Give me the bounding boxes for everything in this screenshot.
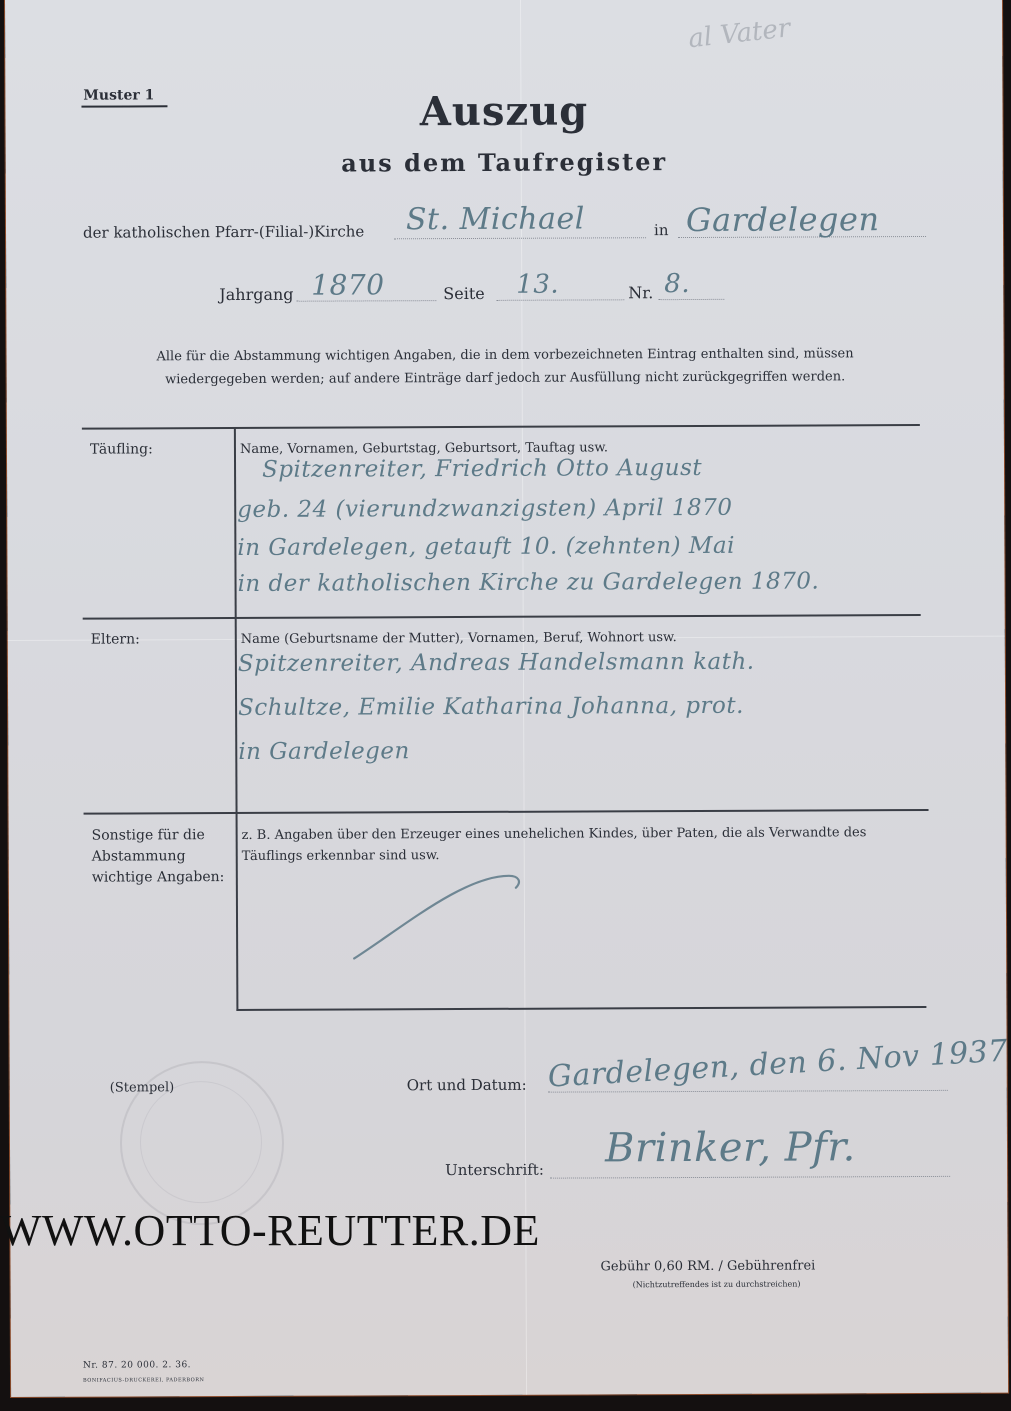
row-label: Eltern: [91, 629, 140, 650]
row-label: Sonstige für die Abstammung wichtige Ang… [92, 825, 237, 889]
table-rule-bottom [236, 1006, 926, 1011]
nr-label: Nr. [628, 283, 653, 302]
website-watermark: WWW.OTTO-REUTTER.DE [0, 1205, 540, 1256]
page-value: 13. [516, 270, 559, 300]
handwritten-line: Spitzenreiter, Andreas Handelsmann kath. [238, 649, 755, 677]
signature-label: Unterschrift: [445, 1161, 544, 1179]
printer-imprint-numbers: Nr. 87. 20 000. 2. 36. [83, 1360, 191, 1370]
row-hint: z. B. Angaben über den Erzeuger eines un… [242, 822, 912, 867]
signature-dotted-line [550, 1176, 950, 1179]
row-hint: Name (Geburtsname der Mutter), Vornamen,… [241, 626, 911, 650]
table-rule-2 [84, 809, 929, 815]
handwritten-line: geb. 24 (vierundzwanzigsten) April 1870 [237, 495, 732, 523]
stamp-label: (Stempel) [110, 1080, 175, 1095]
instructions-text: Alle für die Abstammung wichtigen Angabe… [7, 342, 1004, 392]
fee-note: (Nichtzutreffendes ist zu durchstreichen… [633, 1280, 801, 1290]
register-table: Täufling: Name, Vornamen, Geburtstag, Ge… [82, 424, 920, 428]
handwritten-line: Schultze, Emilie Katharina Johanna, prot… [238, 693, 744, 721]
church-value: St. Michael [406, 201, 585, 237]
document-subtitle: aus dem Taufregister [6, 146, 1003, 179]
fee-text: Gebühr 0,60 RM. / Gebührenfrei [601, 1258, 816, 1274]
printer-imprint-name: BONIFACIUS-DRUCKEREI, PADERBORN [83, 1377, 204, 1384]
handwritten-line: in Gardelegen [238, 738, 410, 765]
nr-value: 8. [664, 269, 690, 299]
document-sheet: al Vater Muster 1 Auszug aus dem Taufreg… [5, 0, 1008, 1397]
year-value: 1870 [311, 268, 384, 301]
place-value: Gardelegen [686, 200, 880, 239]
page-label: Seite [443, 284, 485, 303]
handwritten-line: in der katholischen Kirche zu Gardelegen… [237, 568, 819, 597]
year-label: Jahrgang [219, 285, 293, 304]
signature-value: Brinker, Pfr. [605, 1124, 856, 1171]
table-rule-top [82, 424, 920, 430]
row-label: Täufling: [90, 439, 153, 460]
place-date-value: Gardelegen, den 6. Nov 1937 [547, 1034, 1009, 1095]
document-title: Auszug [5, 86, 1002, 137]
pencil-annotation: al Vater [687, 13, 792, 54]
handwritten-line: Spitzenreiter, Friedrich Otto August [262, 455, 702, 483]
place-date-label: Ort und Datum: [407, 1076, 527, 1095]
instructions-line-2: wiedergegeben werden; auf andere Einträg… [7, 365, 1004, 392]
in-label: in [654, 221, 669, 239]
strike-through-stroke [344, 866, 544, 967]
table-rule-1 [83, 614, 921, 620]
church-dotted-line [394, 237, 646, 239]
handwritten-line: in Gardelegen, getauft 10. (zehnten) Mai [237, 533, 735, 561]
church-label: der katholischen Pfarr-(Filial-)Kirche [83, 222, 364, 241]
